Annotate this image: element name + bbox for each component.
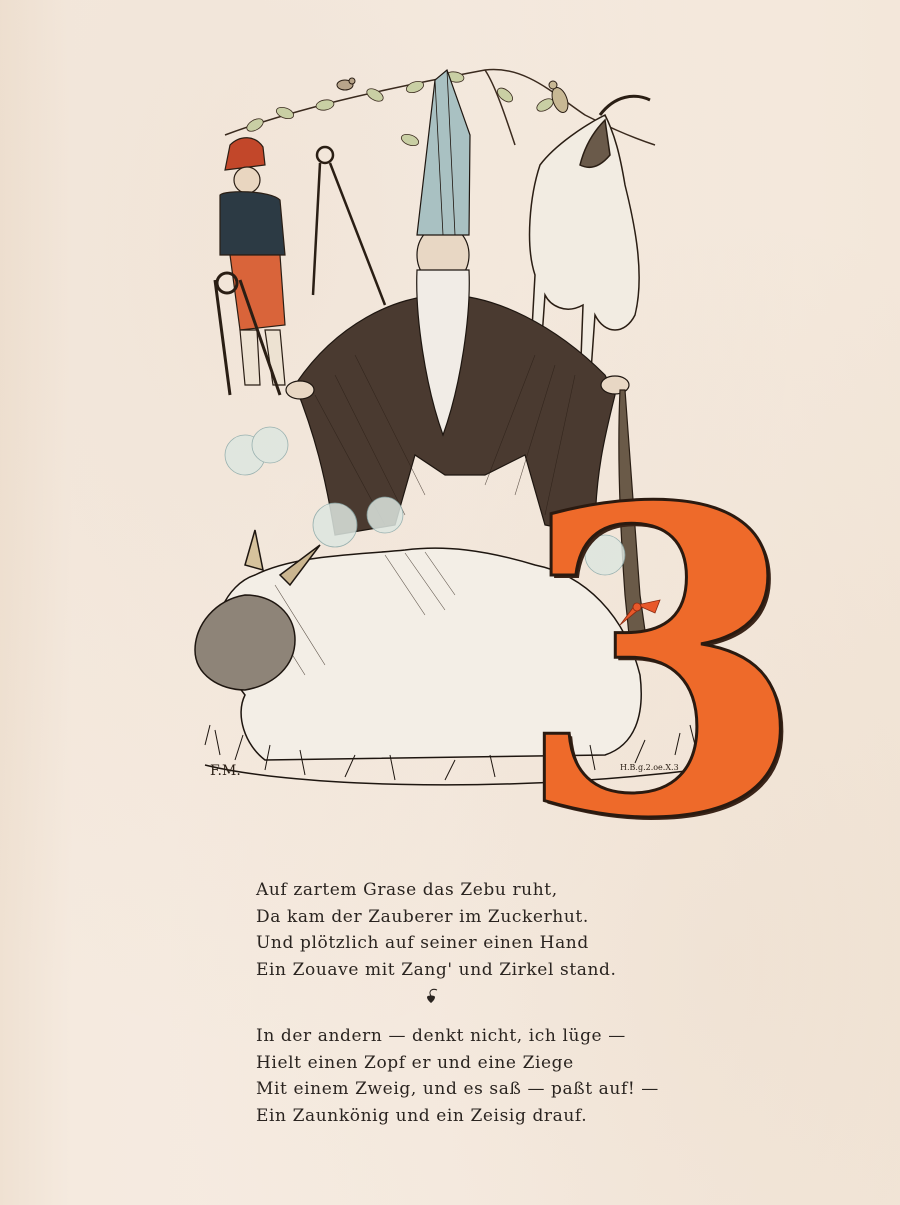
book-page: F.M. H.B.g.2.oe.X.3 3 Auf zartem Grase d… — [0, 0, 900, 1205]
verse-line: In der andern — denkt nicht, ich lüge — — [256, 1023, 676, 1050]
compass — [313, 147, 385, 305]
verse-line: Hielt einen Zopf er und eine Ziege — [256, 1050, 676, 1077]
verse-line: Ein Zouave mit Zang' und Zirkel stand. — [256, 957, 676, 984]
bird-siskin — [549, 81, 571, 115]
verse-stanza-1: Auf zartem Grase das Zebu ruht, Da kam d… — [256, 877, 676, 983]
verse-line: Und plötzlich auf seiner einen Hand — [256, 930, 676, 957]
bird-wren — [337, 78, 355, 90]
verse-line: Da kam der Zauberer im Zuckerhut. — [256, 904, 676, 931]
decorative-numeral: 3 — [515, 455, 807, 875]
illustration-plate: F.M. H.B.g.2.oe.X.3 3 — [185, 55, 715, 845]
verse-stanza-2: In der andern — denkt nicht, ich lüge — … — [256, 1023, 676, 1129]
verse-line: Auf zartem Grase das Zebu ruht, — [256, 877, 676, 904]
verse-line: Mit einem Zweig, und es saß — paßt auf! … — [256, 1076, 676, 1103]
verse-line: Ein Zaunkönig und ein Zeisig drauf. — [256, 1103, 676, 1130]
artist-monogram: F.M. — [210, 763, 241, 779]
leaf-ornament-icon — [422, 987, 440, 1005]
zouave — [220, 138, 285, 385]
